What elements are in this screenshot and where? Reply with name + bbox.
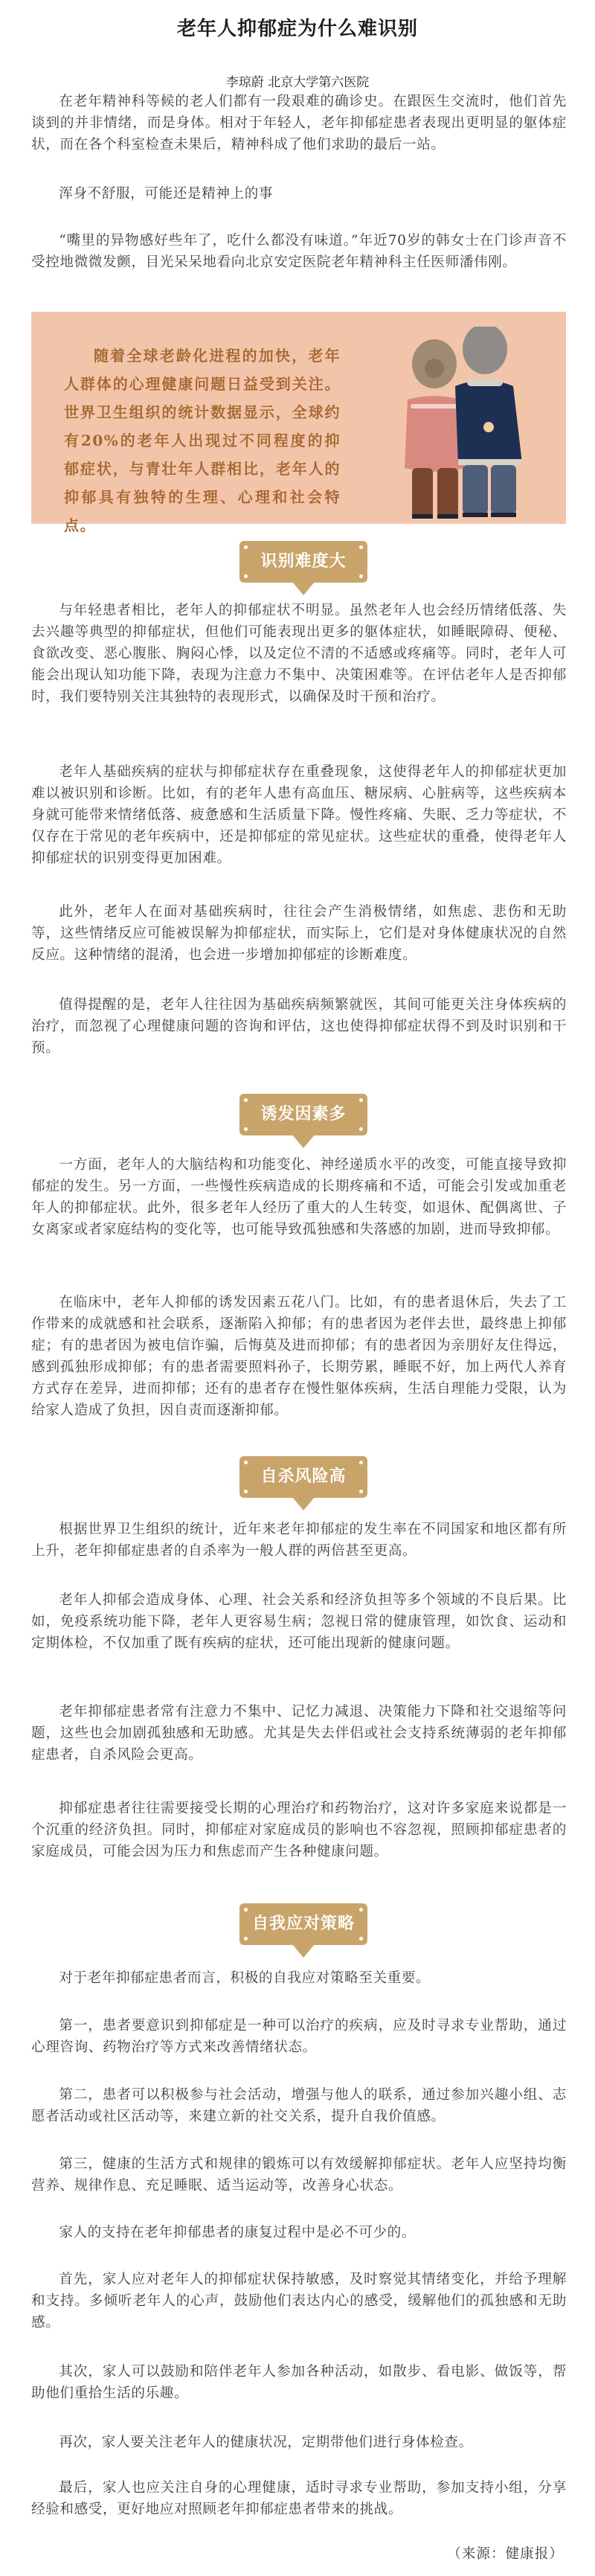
intro-subheading: 浑身不舒服，可能还是精神上的事 [31,183,567,205]
section-heading: 自杀风险高 [239,1456,367,1498]
elderly-couple-illustration-icon [381,327,559,522]
section-paragraph: 其次，家人可以鼓励和陪伴老年人参加各种活动，如散步、看电影、做饭等，帮助他们重拾… [31,2361,567,2404]
section-paragraph: 对于老年抑郁症患者而言，积极的自我应对策略至关重要。 [31,1967,567,1989]
section-paragraph: 第二，患者可以积极参与社会活动，增强与他人的联系，通过参加兴趣小组、志愿者活动或… [31,2084,567,2127]
article-source: （来源：健康报） [447,2543,564,2563]
section-paragraph: 老年人抑郁会造成身体、心理、社会关系和经济负担等多个领域的不良后果。比如，免疫系… [31,1589,567,1654]
banner-text: 随着全球老龄化进程的加快，老年人群体的心理健康问题日益受到关注。世界卫生组织的统… [64,342,341,539]
section-heading: 识别难度大 [239,541,367,583]
section-heading-badge: 自杀风险高 [239,1456,367,1510]
section-paragraph: 根据世界卫生组织的统计，近年来老年抑郁症的发生率在不同国家和地区都有所上升，老年… [31,1519,567,1562]
section-paragraph: 一方面，老年人的大脑结构和功能变化、神经递质水平的改变，可能直接导致抑郁症的发生… [31,1154,567,1240]
section-paragraph: 此外，老年人在面对基础疾病时，往往会产生消极情绪，如焦虑、悲伤和无助等，这些情绪… [31,901,567,966]
section-paragraph: 在临床中，老年人抑郁的诱发因素五花八门。比如，有的患者退休后，失去了工作带来的成… [31,1292,567,1421]
intro-banner: 随着全球老龄化进程的加快，老年人群体的心理健康问题日益受到关注。世界卫生组织的统… [31,312,566,524]
section-paragraph: 老年抑郁症患者常有注意力不集中、记忆力减退、决策能力下降和社交退缩等问题，这些也… [31,1701,567,1766]
section-paragraph: 老年人基础疾病的症状与抑郁症状存在重叠现象，这使得老年人的抑郁症状更加难以被识别… [31,761,567,869]
section-heading: 自我应对策略 [239,1903,367,1945]
section-paragraph: 抑郁症患者往往需要接受长期的心理治疗和药物治疗，这对许多家庭来说都是一个沉重的经… [31,1798,567,1862]
intro-paragraph: 在老年精神科等候的老人们都有一段艰难的确诊史。在跟医生交流时，他们首先谈到的并非… [31,91,567,156]
section-paragraph: 与年轻患者相比，老年人的抑郁症状不明显。虽然老年人也会经历情绪低落、失去兴趣等典… [31,600,567,708]
section-paragraph: 第一，患者要意识到抑郁症是一种可以治疗的疾病，应及时寻求专业帮助，通过心理咨询、… [31,2015,567,2058]
section-heading: 诱发因素多 [239,1094,367,1135]
article-title: 老年人抑郁症为什么难识别 [0,13,595,41]
section-paragraph: 第三，健康的生活方式和规律的锻炼可以有效缓解抑郁症状。老年人应坚持均衡营养、规律… [31,2153,567,2197]
section-heading-badge: 自我应对策略 [239,1903,367,1957]
section-paragraph: 值得提醒的是，老年人往往因为基础疾病频繁就医，其间可能更关注身体疾病的治疗，而忽… [31,994,567,1059]
article-author: 李琼蔚 北京大学第六医院 [0,71,595,90]
section-paragraph: 家人的支持在老年抑郁患者的康复过程中是必不可少的。 [31,2222,567,2243]
section-paragraph: 最后，家人也应关注自身的心理健康，适时寻求专业帮助，参加支持小组，分享经验和感受… [31,2477,567,2520]
intro-quote-paragraph: “嘴里的异物感好些年了，吃什么都没有味道。”年近70岁的韩女士在门诊声音不受控地… [31,230,567,273]
section-paragraph: 首先，家人应对老年人的抑郁症状保持敏感，及时察觉其情绪变化，并给予理解和支持。多… [31,2269,567,2333]
section-heading-badge: 诱发因素多 [239,1094,367,1147]
section-heading-badge: 识别难度大 [239,541,367,595]
section-paragraph: 再次，家人要关注老年人的健康状况，定期带他们进行身体检查。 [31,2432,567,2453]
